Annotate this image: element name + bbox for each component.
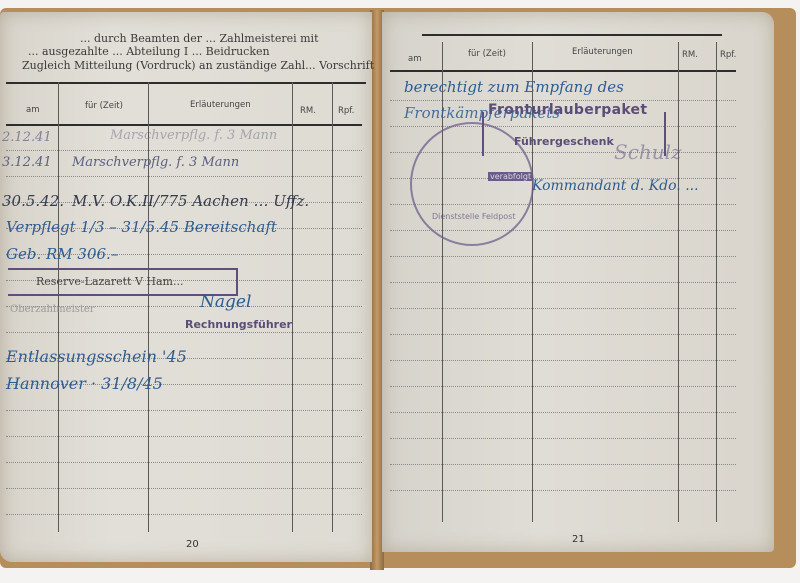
right-page: am für (Zeit) Erläuterungen RM. Rpf. ber… — [382, 12, 774, 552]
ruled-line — [6, 436, 362, 437]
column-header-am: am — [408, 54, 422, 64]
column-header-rm: RM. — [300, 106, 316, 116]
entry-date: 30.5.42. — [2, 192, 64, 210]
ruled-line — [6, 176, 362, 177]
ruled-line — [390, 256, 736, 257]
column-header-am: am — [26, 105, 40, 115]
entry-text: Marschverpflg. f. 3 Mann — [110, 128, 277, 143]
ruled-line — [6, 150, 362, 151]
ruled-line — [390, 438, 736, 439]
page-number: 20 — [186, 539, 199, 550]
header-line: Zugleich Mitteilung (Vordruck) an zustän… — [22, 59, 374, 72]
stamp-rechnungsfuehrer: Rechnungsführer — [185, 318, 292, 331]
stamp-fronturlauberpaket: Fronturlauberpaket — [488, 102, 647, 118]
stamp-verabfolgt: verabfolgt — [488, 172, 533, 181]
entry-text: Verpflegt 1/3 – 31/5.45 Bereitschaft — [6, 218, 277, 236]
ruled-line — [6, 410, 362, 411]
ruled-line — [390, 490, 736, 491]
ruled-line — [390, 308, 736, 309]
ruled-line — [6, 488, 362, 489]
entry-text: Geb. RM 306.– — [6, 245, 118, 263]
column-header-erlaeuterungen: Erläuterungen — [572, 47, 633, 57]
ruled-line — [390, 386, 736, 387]
stamp-fuehrergeschenk: Führergeschenk — [514, 135, 614, 148]
header-line: ... ausgezahlte ... Abteilung I ... Beid… — [28, 45, 270, 58]
ruled-line — [390, 100, 736, 101]
ruled-line — [6, 462, 362, 463]
table-top-rule — [422, 34, 722, 36]
ruled-line — [390, 282, 736, 283]
entry-text: Marschverpflg. f. 3 Mann — [72, 155, 239, 170]
ruled-line — [390, 360, 736, 361]
left-page: ... durch Beamten der ... Zahlmeisterei … — [0, 12, 372, 562]
signature: Nagel — [200, 292, 251, 312]
ruled-line — [390, 412, 736, 413]
round-stamp-text: Dienststelle Feldpost — [432, 212, 515, 221]
entry-date: 3.12.41 — [2, 155, 52, 170]
column-header-rpf: Rpf. — [338, 106, 354, 116]
page-number: 21 — [572, 534, 585, 545]
column-header-rpf: Rpf. — [720, 50, 736, 60]
column-header-zeit: für (Zeit) — [85, 101, 123, 111]
stamp-faded-text: Oberzahlmeister — [10, 304, 95, 315]
entry-text: M.V. O.K.II/775 Aachen … Uffz. — [72, 192, 309, 210]
faded-signature: Schulz — [614, 140, 682, 164]
table-header-rule — [6, 124, 362, 126]
ruled-line — [6, 332, 362, 333]
closing-line: Entlassungsschein '45 — [6, 347, 187, 366]
column-header-rm: RM. — [682, 50, 698, 60]
stamp-reserve-lazarett: Reserve-Lazarett V Ham... — [36, 275, 183, 288]
entry-date: 2.12.41 — [2, 130, 52, 145]
column-header-zeit: für (Zeit) — [468, 49, 506, 59]
closing-line: Hannover · 31/8/45 — [6, 374, 163, 393]
ruled-line — [390, 334, 736, 335]
ruled-line — [6, 514, 362, 515]
entry-text: berechtigt zum Empfang des — [404, 78, 624, 96]
table-top-rule — [6, 82, 366, 84]
entry-text: Kommandant d. Kdo. ... — [532, 178, 699, 194]
header-line: ... durch Beamten der ... Zahlmeisterei … — [80, 32, 319, 45]
column-header-erlaeuterungen: Erläuterungen — [190, 100, 251, 110]
ruled-line — [390, 464, 736, 465]
